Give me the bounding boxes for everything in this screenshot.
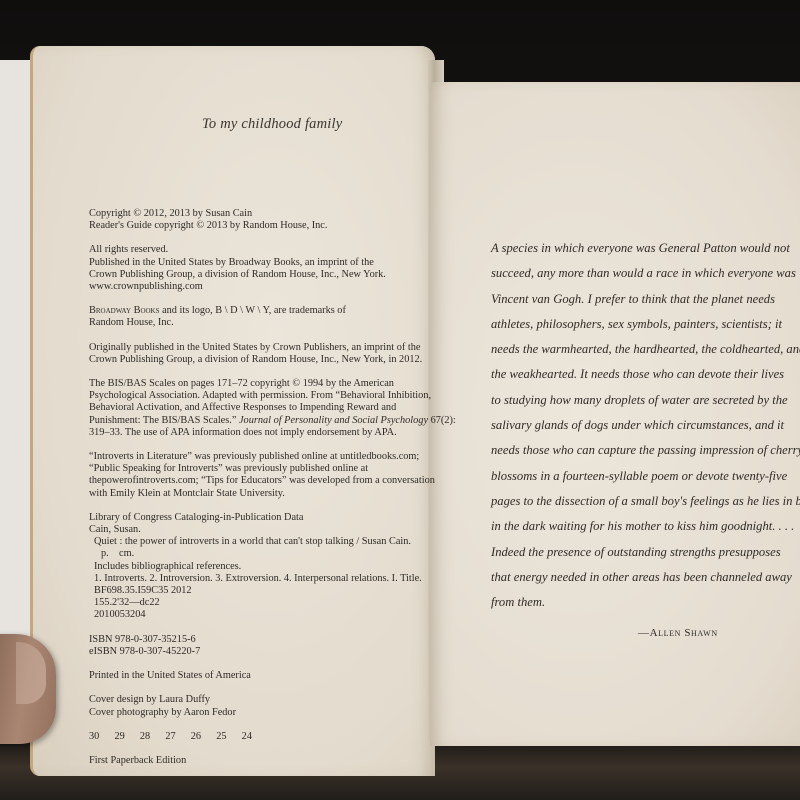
publisher-notice: All rights reserved. Published in the Un… [89, 244, 424, 293]
cip-lc-class: BF698.35.I59C35 2012 [89, 585, 424, 597]
dedication: To my childhood family [202, 116, 342, 133]
publisher-website: www.crownpublishing.com [89, 281, 424, 293]
eisbn: eISBN 978-0-307-45220-7 [89, 646, 424, 658]
printing-line: 30 29 28 27 26 25 24 [89, 731, 424, 743]
thumb-holding-page [0, 634, 56, 744]
edition-notice: First Paperback Edition [89, 755, 424, 767]
epigraph-attribution: —Allen Shawn [638, 627, 718, 639]
cip-subjects: 1. Introverts. 2. Introversion. 3. Extro… [89, 573, 424, 585]
apa-permission-notice: The BIS/BAS Scales on pages 171–72 copyr… [89, 378, 424, 439]
cip-author: Cain, Susan. [89, 524, 424, 536]
copyright-page-text: Copyright © 2012, 2013 by Susan Cain Rea… [89, 208, 424, 779]
cip-dewey: 155.2'32—dc22 [89, 597, 424, 609]
trademark-notice: Broadway Books and its logo, B \ D \ W \… [89, 305, 424, 329]
online-publication-notice: “Introverts in Literature” was previousl… [89, 451, 424, 500]
copyright-notice: Copyright © 2012, 2013 by Susan Cain Rea… [89, 208, 424, 232]
printed-notice: Printed in the United States of America [89, 670, 424, 682]
original-publication-notice: Originally published in the United State… [89, 342, 424, 366]
isbn-block: ISBN 978-0-307-35215-6 eISBN 978-0-307-4… [89, 634, 424, 658]
cip-data: Library of Congress Cataloging-in-Public… [89, 512, 424, 622]
cip-heading: Library of Congress Cataloging-in-Public… [89, 512, 424, 524]
thumbnail-icon [16, 642, 46, 704]
epigraph: A species in which everyone was General … [491, 236, 775, 615]
cip-lccn: 2010053204 [89, 609, 424, 621]
cip-title: Quiet : the power of introverts in a wor… [89, 536, 424, 548]
cover-credits: Cover design by Laura Duffy Cover photog… [89, 694, 424, 718]
isbn: ISBN 978-0-307-35215-6 [89, 634, 424, 646]
